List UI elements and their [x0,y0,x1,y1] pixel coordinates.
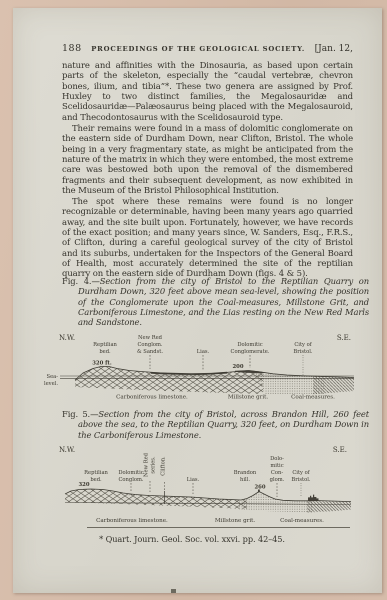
fig5-section-diagram: N.W. S.E. Reptilian bed. Dolomitic Congl… [13,441,382,526]
fig5-stratum-coal: Coal-measures. [280,518,324,524]
fig4-elevation-320: 320 ft. [92,361,112,367]
fig4-elevation-200: 200 [232,364,243,370]
footnote: * Quart. Journ. Geol. Soc. vol. xxvi. pp… [47,534,337,544]
fig5-label-dolomitic-conglom: Con- [271,470,283,476]
paragraph-2: Their remains were found in a mass of do… [62,124,353,196]
fig4-carboniferous-limestone-area [75,367,263,395]
fig5-caption-label: Fig. 5. [62,409,90,419]
fig4-caption-text: —Section from the city of Bristol to the… [78,276,369,327]
fig4-label-new-red: & Sandst. [137,349,163,355]
scan-artifact-mark [171,589,176,593]
fig5-label-reptilian-bed: Reptilian [84,470,108,476]
fig5-stratum-millstone: Millstone grit. [215,518,256,524]
paragraph-1: nature and affinities with the Dinosauri… [62,61,353,123]
fig4-label-new-red: Conglom. [137,342,162,348]
book-page: 188 PROCEEDINGS OF THE GEOLOGICAL SOCIET… [13,8,382,593]
fig5-label-new-red: series. [151,456,157,474]
fig5-caption: Fig. 5.—Section from the city of Bristol… [62,409,369,440]
fig4-label-lias: Lias. [197,349,210,355]
fig4-label-dolomitic: Conglomerate. [231,349,270,355]
fig4-caption-label: Fig. 4. [62,276,91,286]
fig4-sea-level-label: Sea- [47,374,59,380]
fig4-sea-level-label: level. [44,381,58,387]
fig5-label-dolomitic-conglom: Dolo- [270,456,284,462]
fig4-nw-label: N.W. [59,334,75,342]
fig4-se-label: S.E. [337,334,351,342]
fig4-label-city: Bristol. [293,349,312,355]
fig5-elevation-320: 320 [78,482,89,488]
photo-background: 188 PROCEEDINGS OF THE GEOLOGICAL SOCIET… [0,0,387,600]
fig5-brandon-hill-tower [258,490,260,492]
fig5-label-dolomitic-conglom: glom. [270,477,285,483]
fig5-label-lias: Lias. [187,477,200,483]
fig5-label-brandon-hill: Brandon [234,470,257,476]
fig4-stratum-carboniferous: Carboniferous limestone. [116,395,188,401]
running-header-date: [Jan. 12, [315,44,353,54]
fig5-label-reptilian-bed: bed. [90,477,102,483]
fig4-label-new-red: New Red [138,335,163,341]
fig5-coal-measures-area [307,501,351,513]
fig5-city-buildings [308,495,319,501]
fig4-stratum-coal: Coal-measures. [291,395,335,401]
fig5-elevation-260: 260 [254,485,265,491]
fig4-label-dolomitic: Dolomitic [237,342,262,348]
footnote-rule [87,527,350,528]
running-header: 188 PROCEEDINGS OF THE GEOLOGICAL SOCIET… [62,43,353,54]
fig4-coal-measures-area [313,376,354,394]
page-number: 188 [62,43,82,54]
fig5-millstone-grit-area [239,492,313,513]
fig5-label-city: City of [292,470,310,476]
fig4-label-city: City of [294,342,312,348]
fig5-se-label: S.E. [333,446,347,454]
fig4-caption: Fig. 4.—Section from the city of Bristol… [62,276,369,327]
paragraph-3: The spot where these remains were found … [62,197,353,280]
fig5-label-dolomitic: Dolomitic [118,470,143,476]
fig4-stratum-millstone: Millstone grit. [228,395,269,401]
fig5-label-brandon-hill: hill. [240,477,250,483]
fig4-label-reptilian-bed: Reptilian [93,342,117,348]
fig5-label-city: Bristol. [291,477,310,483]
fig5-stratum-carboniferous: Carboniferous limestone. [96,518,168,524]
fig5-label-dolomitic: Conglom. [118,477,143,483]
fig5-label-new-red: New Red [144,452,150,477]
fig4-label-reptilian-bed: bed. [99,349,111,355]
fig4-section-diagram: N.W. S.E. Reptilian bed. New Red Conglom… [13,330,382,402]
fig5-caption-text: —Section from the city of Bristol, acros… [78,409,369,440]
fig5-label-clifton: Clifton. [161,456,167,476]
fig5-nw-label: N.W. [59,446,75,454]
fig5-label-dolomitic-conglom: mitic [270,463,283,469]
running-header-title: PROCEEDINGS OF THE GEOLOGICAL SOCIETY. [82,45,315,53]
